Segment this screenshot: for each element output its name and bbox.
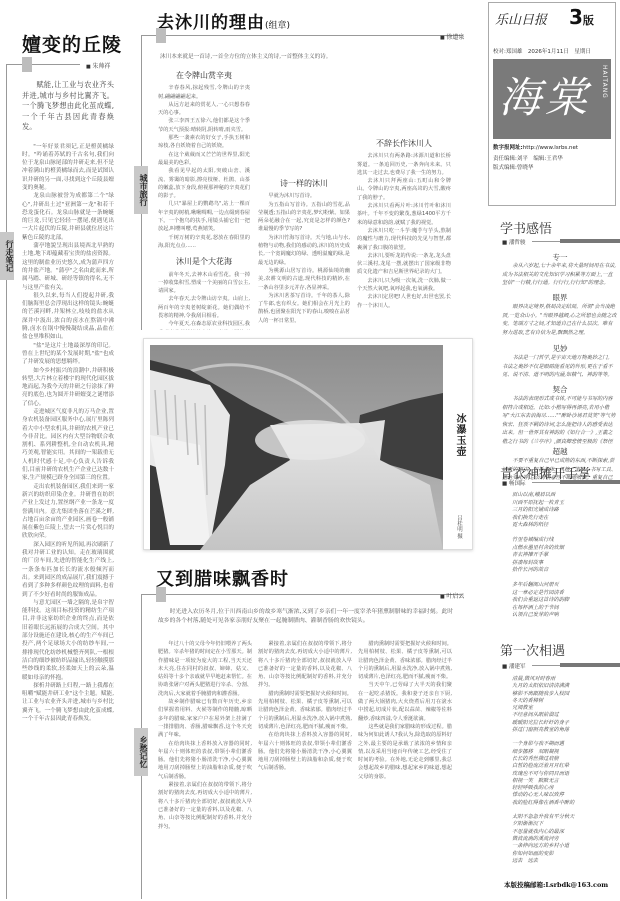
section-heading: 在令牌山赏辛夷 [158, 72, 250, 80]
paragraph: 为沐川茗茶写首诗。千年的茶人,除了牛郎,也有织女。她们相会在月光上的鹊桥,也团聚… [258, 292, 350, 325]
paragraph: 几只"暴屋上的鹦鹉鸟",站上一棵百年辛夷的树梢,啾啾啁啁,一边点缀到春屋下。一个… [158, 200, 250, 233]
email-label: 本版投稿邮箱: [504, 881, 545, 889]
subheading: 眼界 [505, 292, 615, 303]
poem-line: 你如何如画的变影 [512, 851, 574, 858]
paragraph: 当天中午,已劳碌了大半天的我们聚在一起吃杀猪饭。我和妻子还亲自下厨,做了两大锅猪… [358, 681, 452, 722]
poem-line: 夕阳渐渐沉下 [512, 821, 574, 828]
poem-line: 霓大森林的纸径 [512, 522, 569, 530]
newspaper-name: 乐山日报 [495, 9, 547, 28]
divider [141, 594, 463, 595]
article-title-left: 嬗变的丘陵 [22, 30, 122, 57]
paragraph: 前年冬天,去神木山看雪花。我一掉一掉收集积雪,塑成一个美丽的白雪公主,请回家。 [158, 271, 250, 296]
paragraph: 紧接着,亲属们在叔叔的带领下,将分割好的猪肉去皮,再切成大小适中的薄片,将八十多… [258, 640, 352, 690]
section-heading: 不辞长作沐川人 [357, 140, 451, 148]
article-column-2: 诗一样的沐川 早就为沐川写首诗。 为五指山写首诗。五指山的雪花,品莹剔透;五指山… [258, 70, 350, 330]
frozen-waterfall-image [150, 345, 443, 550]
paragraph: 去沐川只拜两座山:五町山和令牌山。令牌山的辛夷,两座高耸的大雪,酸疼了我的脖子。 [357, 177, 451, 202]
waterfall-photo [150, 345, 443, 550]
poem-line: 这一章必定是竹园清香 [512, 590, 569, 598]
paragraph-text: 余从六岁起,七十余年来,将大量时间用在书法,成为书法相关的文化知识学习积累等方面… [502, 262, 617, 288]
title-accent-tab [156, 28, 166, 43]
section-title-poem-2: 第一次相遇 [500, 640, 565, 659]
paragraph: 紧接着,亲属们在叔叔的带领下,将分割好的猪肉去皮,再切成大小适中的薄片,将八十多… [158, 781, 252, 831]
author-byline: 徐道泉 [440, 32, 464, 41]
paragraph: 深入园区的听见所闻,再次刷新了我对井研工业的认知。走在玻璃围就的厂房车间,先进的… [22, 541, 114, 599]
poem-line: 拼过门窗照亮教室的角落 [512, 727, 574, 734]
stanza: 多年后翻阅山河册页 这一章必定是竹园清香 我们会重返这首诗的韵脚 在每杯酒上的千… [512, 582, 569, 620]
paragraph: 故乡制作腊味已有数百年历史,乡亲们掌握着用料、火候等制作的精髓,晾晒多年的腊味,… [158, 698, 252, 739]
left-border [6, 64, 7, 899]
paragraph: 眼界决定境界,格局决定结局。所谓"会当凌绝顶,一览众山小。"当眼界越阔,心之所想… [502, 303, 617, 337]
lead-paragraph: 时光进入农历冬月,位于川西南山乡的故乡寒气渐浓,又到了乡亲们一年一度宰杀年猪熏制… [158, 608, 453, 626]
title-text: 去沐川的理由 [157, 13, 265, 33]
poem-line: 够影不离跟随我步入校园 [512, 691, 574, 698]
editors-line-1: 责任编辑:刘平 编辑:王君华 [493, 155, 563, 164]
author-byline: 潘哲骏 [502, 238, 525, 246]
article-title-bottom: 又到腊味飘香时 [156, 565, 289, 591]
article-body-left: 赋能,让工业与农业齐头并进,城市与乡村比翼齐飞。一个腾飞梦想由此化茧成蝶,一个千… [22, 80, 114, 900]
poem-line: 九月的太阳依旧清清满满 [512, 683, 574, 690]
paragraph: 在这个葳葳而又芒芒的世界里,阳光最最美的色彩。 [158, 151, 250, 168]
paragraph: 这些就是我们家腊味的形成过程。腊味为何如此诱人?我认为,除选取的原料好之外,最主… [358, 723, 452, 781]
section-logo-text: 海棠 [499, 65, 591, 125]
article-column-2: 紧接着,亲属们在叔叔的带领下,将分割好的猪肉去皮,再切成大小适中的薄片,将八十多… [258, 640, 352, 898]
poem-line: 三月的阳光铺成诗路 [512, 507, 569, 515]
paragraph-text: 眼界决定境界,格局决定结局。所谓"会当凌绝顶,一览众山小。"当眼界越阔,心之所想… [502, 303, 617, 337]
poem-line: 青衣神摊开手掌 [512, 552, 569, 560]
accent-bar [560, 480, 620, 484]
website-url[interactable]: http://www.lsrbs.net [523, 145, 578, 151]
paragraph: 走出农机装备园区,我们来到一家新兴的纺织印染企业。井研曾在纺织产业上发过力,置丝… [22, 483, 114, 541]
paragraph: 为五指山写首诗。五指山的雪花,品莹剔透;五指山的辛夷花,梦幻粉紫。如果两朵花融合… [258, 201, 350, 234]
article-title-center: 去沐川的理由(组章) [157, 8, 290, 33]
paragraph: 为沐川竹海写首诗。天与地,山与水,植物与动物,我们的感动的,沐川的历史成长,一个… [258, 234, 350, 267]
paragraph: 我看见早起的太阳,突破山峦、溪流、雾霭的暗影,擦亮枝桠、杜鹃、山茶的嫩蕊,放下身… [158, 167, 250, 200]
poem-line: 悸动的心无人味以致停 [512, 792, 574, 799]
paragraph: 去沐川只看两片叶:沐川竹叶和沐川茶叶。千年不变的繁茂,葱绿1400平方千米的绿意… [357, 202, 451, 227]
stanza: 眉山以南,峨眉以西 川西平原抚起一枚青玉 三月的阳光铺成诗路 我们换先行走在 霓… [512, 492, 569, 530]
website-label: 数字报网址: [493, 145, 523, 151]
article-column-1: 在令牌山赏辛夷 辛春春风,掠起残雪,令牌山的辛夷树,翩翩翩翩起来。 从远方赶来的… [158, 70, 250, 330]
stanza: 太阳不急急升我有平分秋天 夕阳渐渐沉下 不思量就我内心的最深 微波流淌的溪流河旁… [512, 814, 574, 865]
divider [532, 665, 560, 666]
paragraph: 去沐川,只为吸一次氧,洗一次肺,做一个天然大氧吧,氧呼起我,也氧满我。 [357, 277, 451, 294]
paragraph: 与意尤园区一墙之隔的,是帛宇智能科技。这项目标投资的精纺生产项目,并非这家纺织企… [22, 599, 114, 682]
section-heading: 诗一样的沐川 [258, 180, 350, 188]
stanza: 清晨,微风对时春雨 九月的太阳依旧清清满满 够影不离跟随我步入校园 冬天的香樟树… [512, 676, 574, 734]
side-tag-travel-notes: 行走笔记 [0, 232, 14, 280]
paragraph: 去沐川只有两条路:沐源川道和长桥雾道。一条追回历史,一条奔向未来。只选其一走过去… [357, 152, 451, 177]
side-tag-city-travel: 城市旅行 [134, 166, 148, 214]
author-byline: 朱帅祥 [86, 61, 110, 70]
article-lead: 赋能,让工业与农业齐头并进,城市与乡村比翼齐飞。一个腾飞梦想由此化茧成蝶,一个千… [22, 80, 114, 133]
poem-line: 竹里卷城编成行线 [512, 537, 569, 545]
divider [532, 241, 560, 242]
poem-line: 玫瑰也不可与你同日而语 [512, 771, 574, 778]
poem-body: 眉山以南,峨眉以西 川西平原抚起一枚青玉 三月的阳光铺成诗路 我们换先行走在 霓… [512, 492, 569, 627]
paragraph: 腊肉熏制时需要把握好火候和时间。先用柏树枝、松果、橘子皮等熏制,可以让腊肉色泽金… [358, 640, 452, 681]
photo-caption: 冰瀑玉壶 [452, 413, 467, 457]
stanza: 竹里卷城编成行线 点燃水墨里村舍的炊烟 青衣神摊开手掌 拼凑每封故事 拾作长河的… [512, 537, 569, 575]
poem-line: 一个身影与我不期而遇 [512, 741, 574, 748]
paragraph: 早就为沐川写首诗。 [258, 192, 350, 200]
poem-line: 拾作长河的故音 [512, 567, 569, 575]
page-number-value: 3 [569, 5, 583, 29]
subheading: 超越 [505, 446, 615, 457]
paragraph: "盐"是这片土地最深厚的印记。曾在上世纪的某个发展时期,"盐"也成了井研发展的思… [22, 342, 114, 367]
paragraph: 年过八十的父母今年仍旧喂养了两头肥猪。宰杀年猪的时间定在小雪那天。制作腊味是一项… [158, 640, 252, 698]
title-accent-tab [22, 57, 32, 72]
section-heading: 沐川是个大花海 [158, 258, 250, 266]
paragraph: 腊肉熏制时需要把握好火候和时间。先用柏树枝、松果、橘子皮等熏制,可以让腊肉色泽金… [258, 690, 352, 731]
paragraph-text: 书法的表现形式或书体,不可能与书写的内容相符合或相近。比如:小楷写得再漂亮,若用… [502, 395, 617, 445]
paragraph: 今年夏天,在森态原农业科技园区,我看到魔芋花婷婷的身姿。魔芋丑陋的形象,竟然生出… [158, 320, 250, 330]
editors-line-2: 版式编辑:曾晓华 [493, 164, 563, 173]
poem-line: 我们会重返这首诗的韵脚 [512, 597, 569, 605]
section-logo-pinyin: HAITANG [601, 65, 608, 99]
paragraph: 走进城区气度非凡的万马企业,置身农机装备园区服务中心,展厅里陈列着大中小型农机具… [22, 408, 114, 483]
paragraph: 在给肉块抹上香料放入容器的同时,年届六十则体旺的表叔,带领小辈们灌香肠。他们先将… [258, 731, 352, 772]
paragraph: 张三李四王五徐六,他们都是这个季节的天气预报:晴转阴,阴转晴,雨夹雪。 [158, 117, 250, 134]
poem-line: 暖暖阳光拉长纤纤的身子 [512, 720, 574, 727]
poem-line: 细步挪移 双眼凝视 [512, 749, 574, 756]
divider [6, 64, 80, 65]
paragraph: 书法的表现形式或书体,不可能与书写的内容相符合或相近。比如:小楷写得再漂亮,若用… [502, 395, 617, 445]
article-column-3: 腊肉熏制时需要把握好火候和时间。先用柏树枝、松果、橘子皮等熏制,可以让腊肉色泽金… [358, 640, 452, 898]
paragraph: 去年春天,去令牌山访辛夷。山肩上,两百年的辛夷老树绽新花。她们偶给不畏寒的精神,… [158, 295, 250, 320]
poem-line: 眉山以南,峨眉以西 [512, 492, 569, 500]
website: 数字报网址:http://www.lsrbs.net [493, 143, 578, 151]
poem-line: 白皙的脸庞泛着月月红晕 [512, 763, 574, 770]
accent-bar [560, 239, 620, 243]
author-byline: 畅国际 [502, 479, 525, 487]
divider [141, 35, 463, 36]
paragraph: 去沐川定居吧!人世也好,出世也罢,长作一个沐川人。 [357, 293, 451, 310]
accent-bar [560, 663, 620, 667]
poem-line: 一条伸向远方的乡村小道 [512, 843, 574, 850]
paragraph: 龙泉山脉被誉为成都第二个"绿心",井研出土过"亚洲第一龙"和若干恐龙蛋化石。龙泉… [22, 192, 114, 242]
paragraph: 很久以来,每当人们提起井研,我们脑海里总会浮现出这样的镜头:蜿蜒的芒溪河畔,井架… [22, 292, 114, 342]
email-address[interactable]: Lsrbdk@163.com [545, 881, 608, 889]
title-accent-tab [156, 587, 166, 602]
section-title-calligraphy: 学书感悟 [500, 218, 552, 237]
subheading: 见妙 [505, 343, 615, 354]
paragraph: 辛春春风,掠起残雪,令牌山的辛夷树,翩翩翩翩起来。 [158, 84, 250, 101]
paragraph: 在给肉块抹上香料放入容器的同时,年届六十则体旺的表叔,带领小辈们灌香肠。他们先将… [158, 740, 252, 781]
page-number: 3版 [569, 5, 594, 29]
editors: 责任编辑:刘平 编辑:王君华 版式编辑:曾晓华 [493, 155, 563, 173]
poem-line: 不经意间从眼前溜过 [512, 712, 574, 719]
paragraph: 探析井研路上归程,一路上我都在咀嚼"赋能井研工业"这个主题。赋能,让工业与农业齐… [22, 682, 114, 723]
author-byline: 潘建军 [502, 662, 525, 670]
article-column-3: 不辞长作沐川人 去沐川只有两条路:沐源川道和长桥雾道。一条追回历史,一条奔向未来… [357, 70, 451, 330]
article-column-1: 年过八十的父母今年仍旧喂养了两头肥猪。宰杀年猪的时间定在小雪那天。制作腊味是一项… [158, 640, 252, 898]
section-logo: 海棠 HAITANG [493, 59, 611, 139]
side-tag-nostalgia: 乡愁记忆 [134, 728, 148, 776]
paragraph: 那些一袭素衣的好女子,手执玉树和琼枝,各自妖娆着自己的妖娆。 [158, 134, 250, 151]
article-lead: 时光进入农历冬月,位于川西南山乡的故乡寒气渐浓,又到了乡亲们一年一度宰杀年猪熏制… [158, 608, 453, 634]
stanza: 一个身影与我不期而遇 细步挪移 双眼凝视 长长的秀丝拂过肩膀 白皙的脸庞泛着月月… [512, 741, 574, 807]
paragraph: 千树万树的辛夷花,怒放在春阳里的海,阳光点点…… [158, 234, 250, 251]
poem-body: 清晨,微风对时春雨 九月的太阳依旧清清满满 够影不离跟随我步入校园 冬天的香樟树… [512, 676, 574, 872]
paragraph: 如今乡村振兴的浪潮中,井研积极转型,大片林立着楼宇的现代化园区拔地而起,为我今天… [22, 367, 114, 408]
paragraph-text: 书法是一门哲学,是宇宙天地万物奥妙之门。书法之奥妙不仅是眼睛能看见的外形,更在于… [502, 354, 617, 380]
poem-line: 我的脸红得像在酒香中醉的 [512, 800, 574, 807]
title-suffix: (组章) [265, 21, 290, 31]
subheading: 契合 [505, 384, 615, 395]
masthead: 乐山日报 3版 校对:郑国雄 2026年1月11日 星期日 海棠 HAITANG… [488, 2, 616, 206]
paragraph: "一年好景君须记,正是橙黄橘绿时。"吟诵着苏轼的千古名句,我们向位于龙泉山脉尾部… [22, 143, 114, 193]
proofreader-date: 校对:郑国雄 2026年1月11日 星期日 [493, 47, 591, 55]
photo-credit: 吕桂明 摄 [455, 515, 463, 539]
poem-line: 不思量就我内心的最深 [512, 829, 574, 836]
submission-email: 本版投稿邮箱:Lsrbdk@163.com [504, 880, 608, 889]
paragraph: 书法是一门哲学,是宇宙天地万物奥妙之门。书法之奥妙不仅是眼睛能看见的外形,更在于… [502, 354, 617, 380]
paragraph: 从远方赶来的赏花人,一心只想春春天的心事。 [158, 101, 250, 118]
poem-line: 认领自己发芽的声响 [512, 612, 569, 620]
paragraph: 为桃源山居写首诗。桃源仙境的幽美,农耕文明的古道,现代科技的精妙,在一条山谷里多… [258, 267, 350, 292]
paragraph: 去沐川,要听龙的传说:一条龙,龙头盘伏三溪村,龙尾一摆,就摆出了国家级非物质文化… [357, 252, 451, 277]
author-byline: 叶启云 [440, 591, 464, 600]
poem-line: 远去 远去 [512, 858, 574, 865]
paragraph: 蒲亭地貌呈现出县境西北早熟的土地,地下却蕴藏着宝贵的盐卤资源。这里的制盐业历史悠… [22, 242, 114, 292]
paragraph: 余从六岁起,七十余年来,将大量时间用在书法,成为书法相关的文化知识学习积累等方面… [502, 262, 617, 288]
divider [532, 482, 560, 483]
page-suffix: 版 [583, 14, 594, 27]
poem-line: 多年后翻阅山河册页 [512, 582, 569, 590]
paragraph: 去沐川只吃一斗芋:魔芋与芋头,熬制的魔性与磨力,现代科技的先见与智慧,都裹满了我… [357, 227, 451, 252]
article-lead: 沐川本来就是一首诗,一首全方位的立体主义的诗,一首整体主义的诗。 [160, 52, 331, 60]
